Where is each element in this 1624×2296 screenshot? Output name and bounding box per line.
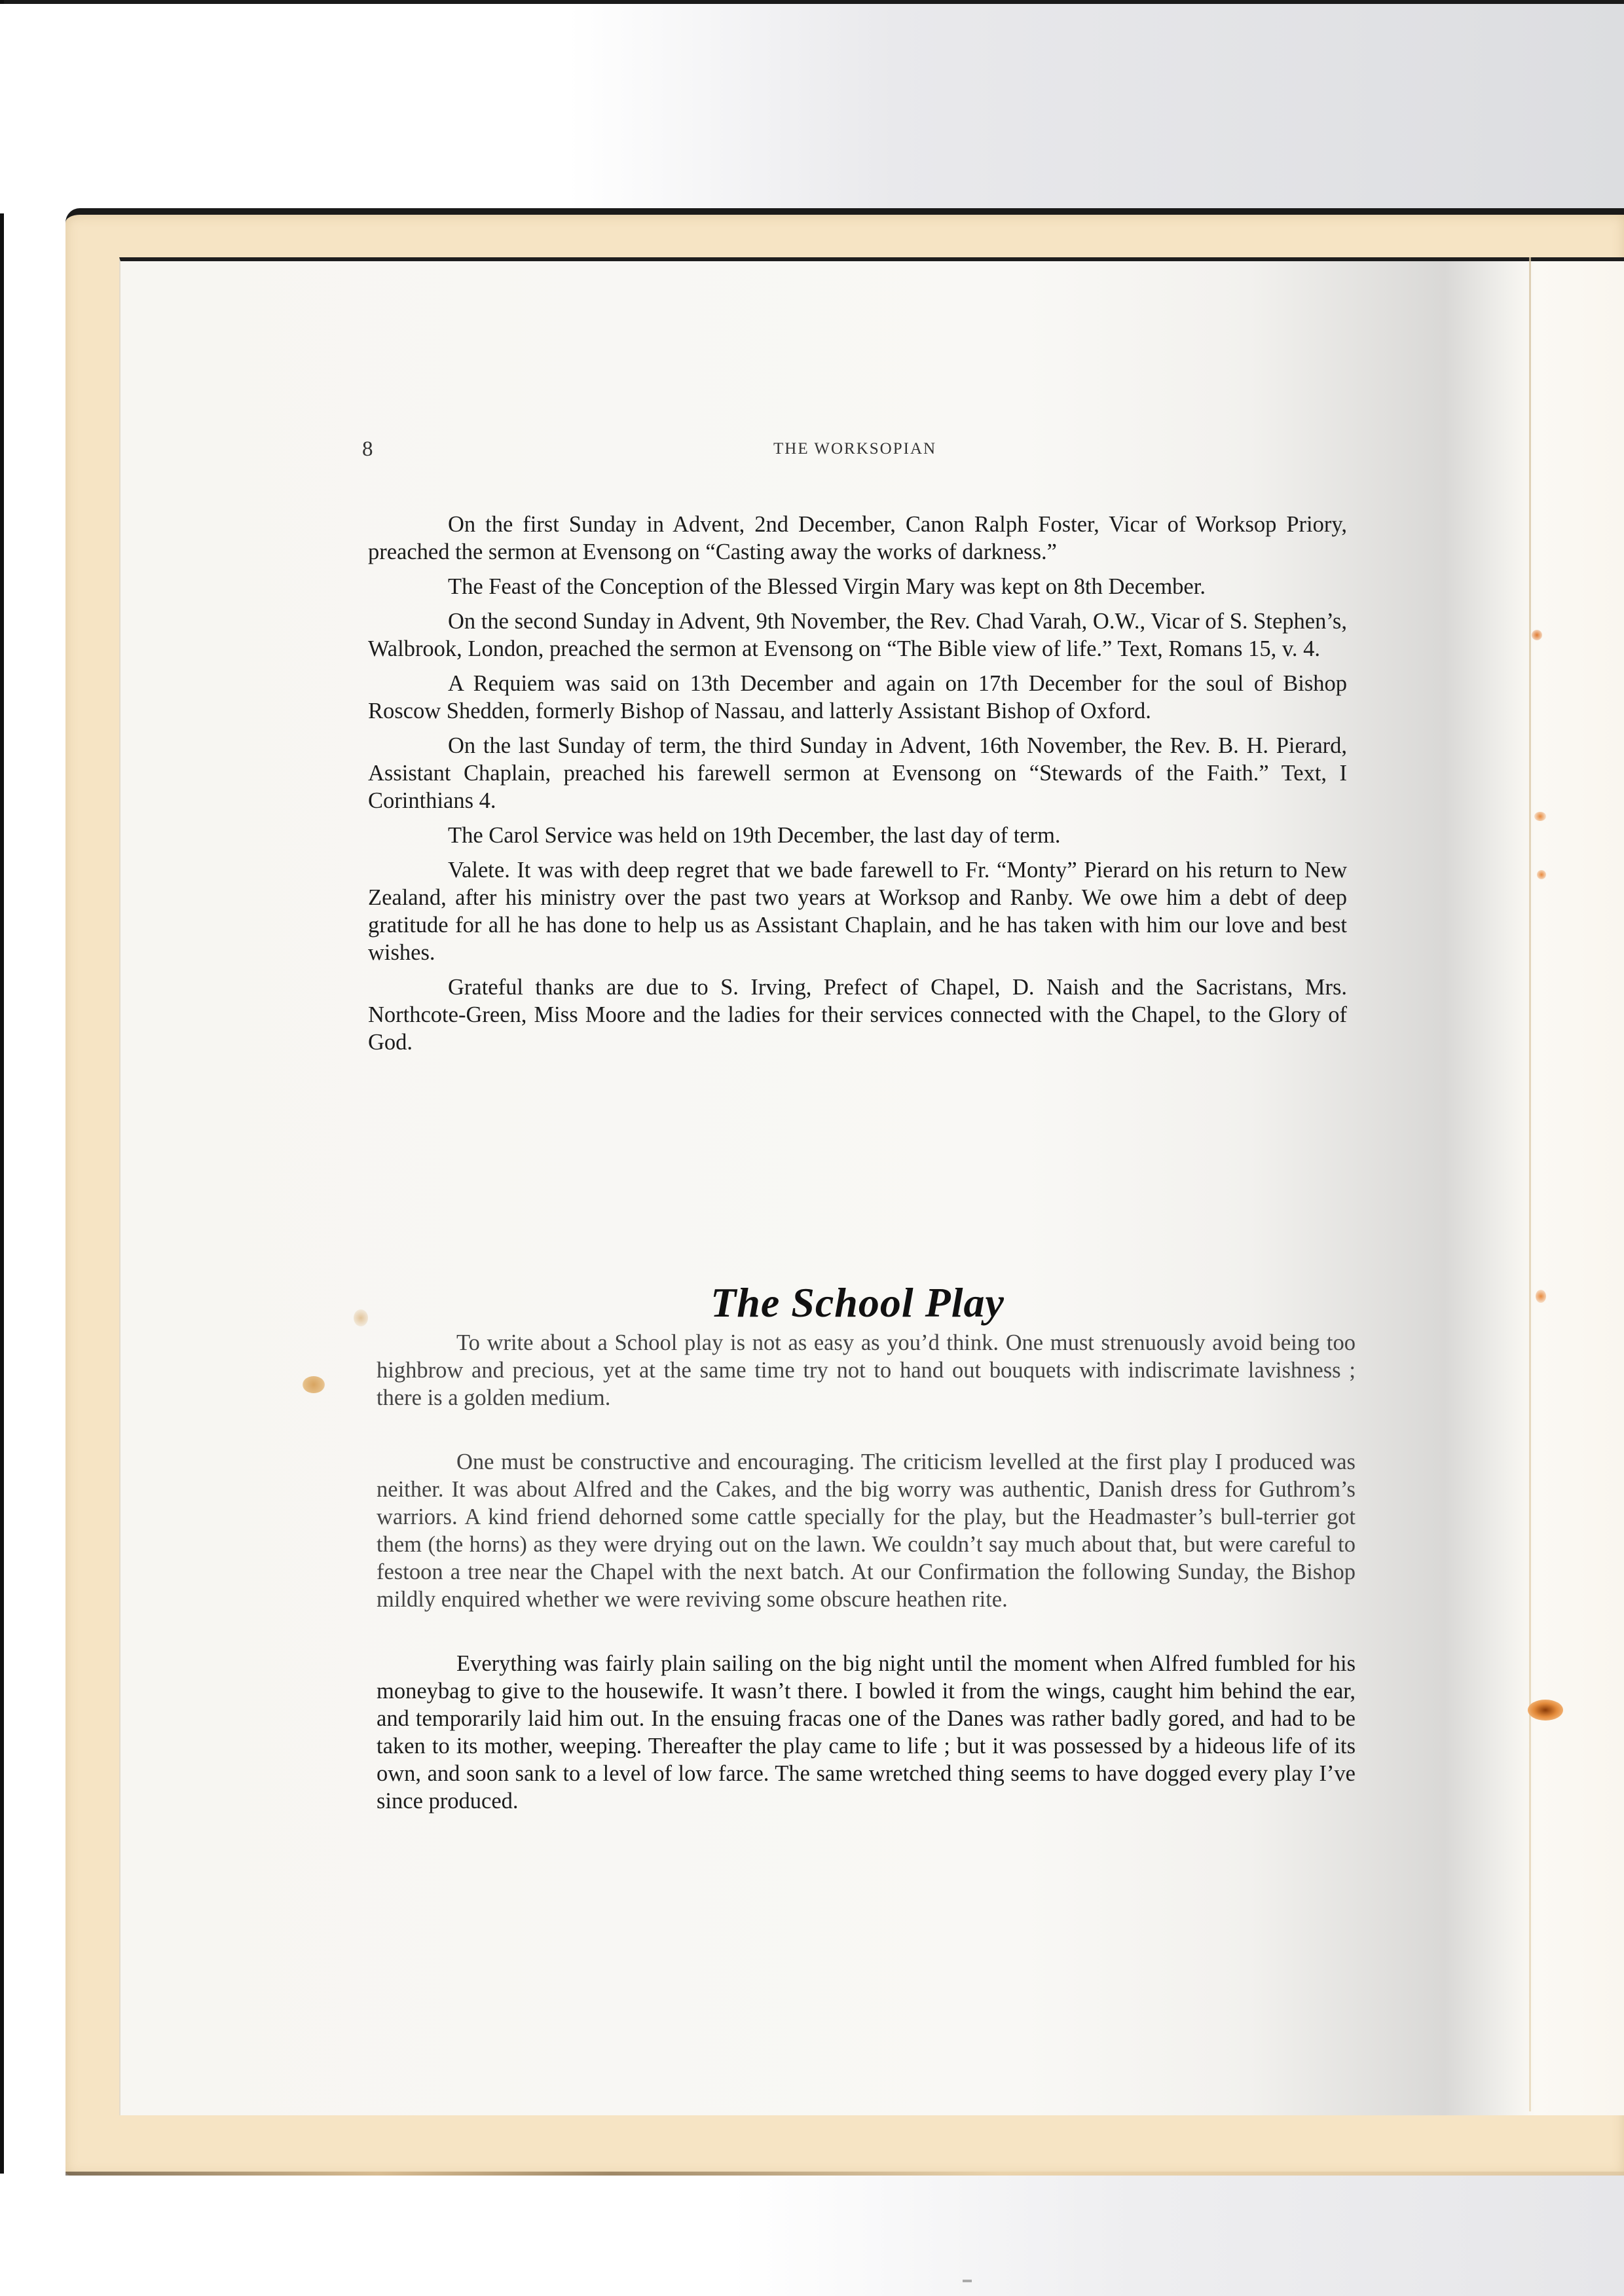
running-head: 8 THE WORKSOPIAN [362,437,1357,464]
paragraph: On the last Sunday of term, the third Su… [368,732,1347,814]
scanner-background-top [0,4,1624,213]
rust-stain [1528,1700,1563,1721]
foxing-stain [354,1309,368,1326]
paragraph: The Feast of the Conception of the Bless… [368,573,1347,600]
foxing-stain [303,1376,325,1393]
scan-speck [963,2280,972,2282]
paragraph: On the second Sunday in Advent, 9th Nove… [368,608,1347,663]
chapel-notes-section: On the first Sunday in Advent, 2nd Decem… [368,511,1347,1063]
page-gutter-fold [1529,257,1531,2111]
rust-stain [1532,630,1542,640]
paragraph: A Requiem was said on 13th December and … [368,670,1347,725]
school-play-section: To write about a School play is not as e… [377,1329,1356,1851]
rust-stain [1534,812,1546,821]
paragraph: To write about a School play is not as e… [377,1329,1356,1412]
rust-stain [1537,870,1546,879]
paragraph: Grateful thanks are due to S. Irving, Pr… [368,974,1347,1056]
paragraph: One must be constructive and encouraging… [377,1448,1356,1613]
paragraph: On the first Sunday in Advent, 2nd Decem… [368,511,1347,566]
scanner-edge-left [0,0,4,2296]
paragraph: Valete. It was with deep regret that we … [368,856,1347,966]
journal-title: THE WORKSOPIAN [773,440,936,458]
rust-stain [1536,1290,1546,1303]
section-heading: The School Play [368,1279,1347,1327]
page-number: 8 [362,437,373,462]
paragraph: Everything was fairly plain sailing on t… [377,1650,1356,1815]
paragraph: The Carol Service was held on 19th Decem… [368,822,1347,849]
scanner-background-bottom [0,2174,1624,2296]
